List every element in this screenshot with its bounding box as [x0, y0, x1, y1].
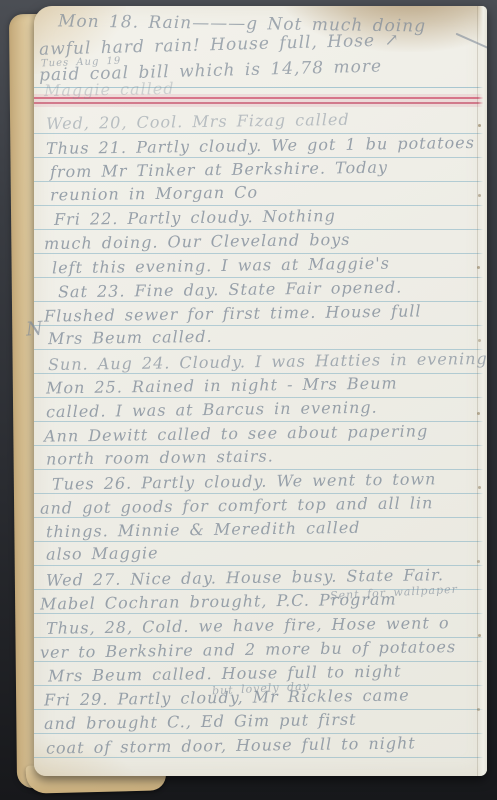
- entry-line: Mrs Beum called.: [48, 327, 213, 349]
- entry-line: called. I was at Barcus in evening.: [46, 398, 378, 423]
- entry-line: Flushed sewer for first time. House full: [44, 301, 422, 326]
- entry-line: Mon 25. Rained in night - Mrs Beum: [46, 374, 398, 399]
- header-line: Maggie called: [44, 79, 175, 101]
- entry-line: and brought C., Ed Gim put first: [44, 710, 357, 734]
- photo-backdrop: Mon 18. Rain———g Not much doingawful har…: [0, 0, 497, 800]
- entry-line: Thus, 28, Cold. we have fire, Hose went …: [46, 613, 450, 639]
- entry-line: coat of storm door, House full to night: [46, 733, 416, 758]
- entry-line: Wed, 20, Cool. Mrs Fizag called: [46, 110, 350, 134]
- entry-line: also Maggie: [46, 543, 159, 565]
- handwriting-layer: Mon 18. Rain———g Not much doingawful har…: [34, 6, 487, 776]
- entry-line: things. Minnie & Meredith called: [46, 518, 361, 542]
- diary-page: Mon 18. Rain———g Not much doingawful har…: [34, 6, 487, 776]
- entry-line: and got goods for comfort top and all li…: [40, 493, 434, 518]
- entry-line: ver to Berkshire and 2 more bu of potato…: [40, 637, 456, 663]
- entry-line: Sat 23. Fine day. State Fair opened.: [58, 278, 403, 303]
- entry-line: Tues 26. Partly cloudy. We went to town: [52, 469, 437, 494]
- entry-line: left this evening. I was at Maggie's: [52, 254, 390, 279]
- entry-line: reunion in Morgan Co: [50, 183, 258, 206]
- entry-line: Fri 29. Partly cloudy, Mr Rickles came: [44, 685, 410, 710]
- entry-line: Fri 22. Partly cloudy. Nothing: [54, 206, 336, 230]
- margin-mark: N: [25, 317, 43, 340]
- entry-line: Sun. Aug 24. Cloudy. I was Hatties in ev…: [48, 349, 487, 375]
- entry-line: from Mr Tinker at Berkshire. Today: [50, 158, 388, 183]
- entry-line: much doing. Our Cleveland boys: [44, 230, 351, 254]
- entry-line: Ann Dewitt called to see about papering: [44, 421, 429, 446]
- entry-line: north room down stairs.: [46, 446, 274, 469]
- entry-line: Thus 21. Partly cloudy. We got 1 bu pota…: [46, 133, 475, 159]
